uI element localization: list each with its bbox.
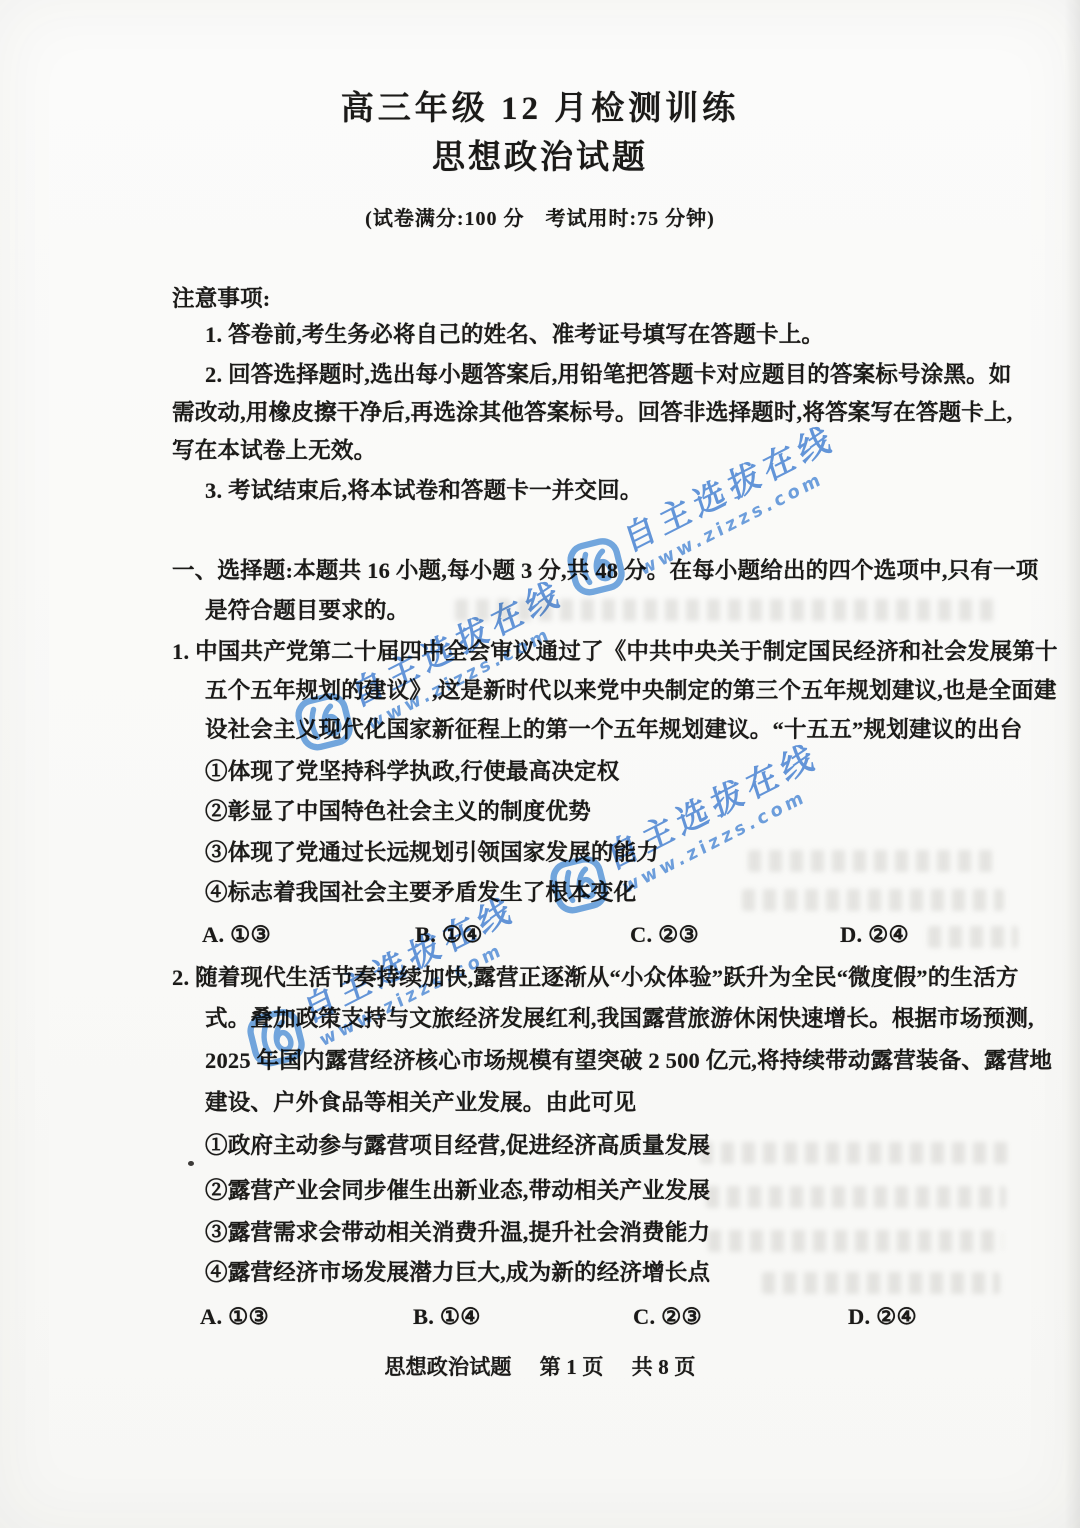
q2-option-c: C. ②③ [633, 1302, 702, 1331]
q1-option-c: C. ②③ [630, 920, 699, 949]
q2-option-d: D. ②④ [848, 1302, 917, 1331]
q2-item-1: ①政府主动参与露营项目经营,促进经济高质量发展 [205, 1131, 710, 1160]
footer-page-number: 第 1 页 [540, 1355, 604, 1379]
footer-page-total: 共 8 页 [632, 1355, 696, 1379]
watermark-url-text: www.zizzs.com [317, 939, 507, 1052]
watermark-brand-text: 自主选拔在线 [617, 410, 840, 561]
q1-stem-line-2: 五个五年规划的建议》,这是新时代以来党中央制定的第三个五年规划建议,也是全面建 [205, 676, 1057, 705]
notice-line-4: 写在本试卷上无效。 [172, 436, 376, 465]
q1-stem-line-3: 设社会主义现代化国家新征程上的第一个五年规划建议。“十五五”规划建议的出台 [205, 715, 1022, 744]
section-header-line2: 是符合题目要求的。 [205, 596, 409, 625]
watermark-texts: 自主选拔在线 www.zizzs.com [597, 730, 837, 898]
ink-speck [188, 1161, 194, 1166]
section-header-line1: 一、选择题:本题共 16 小题,每小题 3 分,共 48 分。在每小题给出的四个… [172, 556, 1038, 585]
q2-item-4: ④露营经济市场发展潜力巨大,成为新的经济增长点 [205, 1258, 710, 1287]
q1-item-2: ②彰显了中国特色社会主义的制度优势 [205, 797, 591, 826]
scan-artifact [748, 850, 998, 872]
q1-item-1: ①体现了党坚持科学执政,行使最高决定权 [205, 757, 619, 786]
q1-option-a: A. ①③ [202, 920, 271, 949]
notice-line-2: 2. 回答选择题时,选出每小题答案后,用铅笔把答题卡对应题目的答案标号涂黑。如 [205, 360, 1012, 389]
notice-heading: 注意事项: [172, 284, 271, 313]
watermark-texts: 自主选拔在线 www.zizzs.com [614, 412, 854, 580]
notice-line-3: 需改动,用橡皮擦干净后,再选涂其他答案标号。回答非选择题时,将答案写在答题卡上, [172, 398, 1013, 427]
scan-artifact [455, 599, 995, 621]
scan-artifact [706, 1186, 1006, 1208]
q1-option-d: D. ②④ [840, 920, 909, 949]
notice-line-1: 1. 答卷前,考生务必将自己的姓名、准考证号填写在答题卡上。 [205, 320, 824, 349]
q2-stem-line-4: 建设、户外食品等相关产业发展。由此可见 [205, 1088, 636, 1117]
q2-stem-line-1: 2. 随着现代生活节奏持续加快,露营正逐渐从“小众体验”跃升为全民“微度假”的生… [172, 963, 1019, 992]
scan-artifact [700, 1142, 1010, 1164]
page-title-line2: 思想政治试题 [0, 137, 1080, 180]
q2-item-3: ③露营需求会带动相关消费升温,提升社会消费能力 [205, 1218, 710, 1247]
q2-item-2: ②露营产业会同步催生出新业态,带动相关产业发展 [205, 1176, 710, 1205]
exam-meta: (试卷满分:100 分 考试用时:75 分钟) [0, 206, 1080, 232]
q1-item-4: ④标志着我国社会主要矛盾发生了根本变化 [205, 878, 636, 907]
q2-option-b: B. ①④ [413, 1302, 481, 1331]
q1-stem-line-1: 1. 中国共产党第二十届四中全会审议通过了《中共中央关于制定国民经济和社会发展第… [172, 637, 1058, 666]
q1-item-3: ③体现了党通过长远规划引领国家发展的能力 [205, 838, 659, 867]
footer-line: 思想政治试题第 1 页共 8 页 [0, 1354, 1080, 1381]
q2-option-a: A. ①③ [200, 1302, 269, 1331]
q2-stem-line-3: 2025 年国内露营经济核心市场规模有望突破 2 500 亿元,将持续带动露营装… [205, 1046, 1052, 1075]
scan-artifact [928, 926, 1018, 948]
scan-artifact [762, 1272, 1000, 1294]
q1-option-b: B. ①④ [415, 920, 483, 949]
notice-line-5: 3. 考试结束后,将本试卷和答题卡一并交回。 [205, 476, 643, 505]
scan-artifact [742, 889, 1004, 911]
exam-paper-page: 高三年级 12 月检测训练 思想政治试题 (试卷满分:100 分 考试用时:75… [0, 0, 1080, 1528]
q2-stem-line-2: 式。叠加政策支持与文旅经济发展红利,我国露营旅游休闲快速增长。根据市场预测, [205, 1004, 1034, 1033]
page-title-line1: 高三年级 12 月检测训练 [0, 88, 1080, 131]
footer-doc-title: 思想政治试题 [384, 1355, 511, 1379]
scan-edge-shadow [1064, 0, 1080, 1528]
scan-artifact [708, 1230, 1003, 1252]
